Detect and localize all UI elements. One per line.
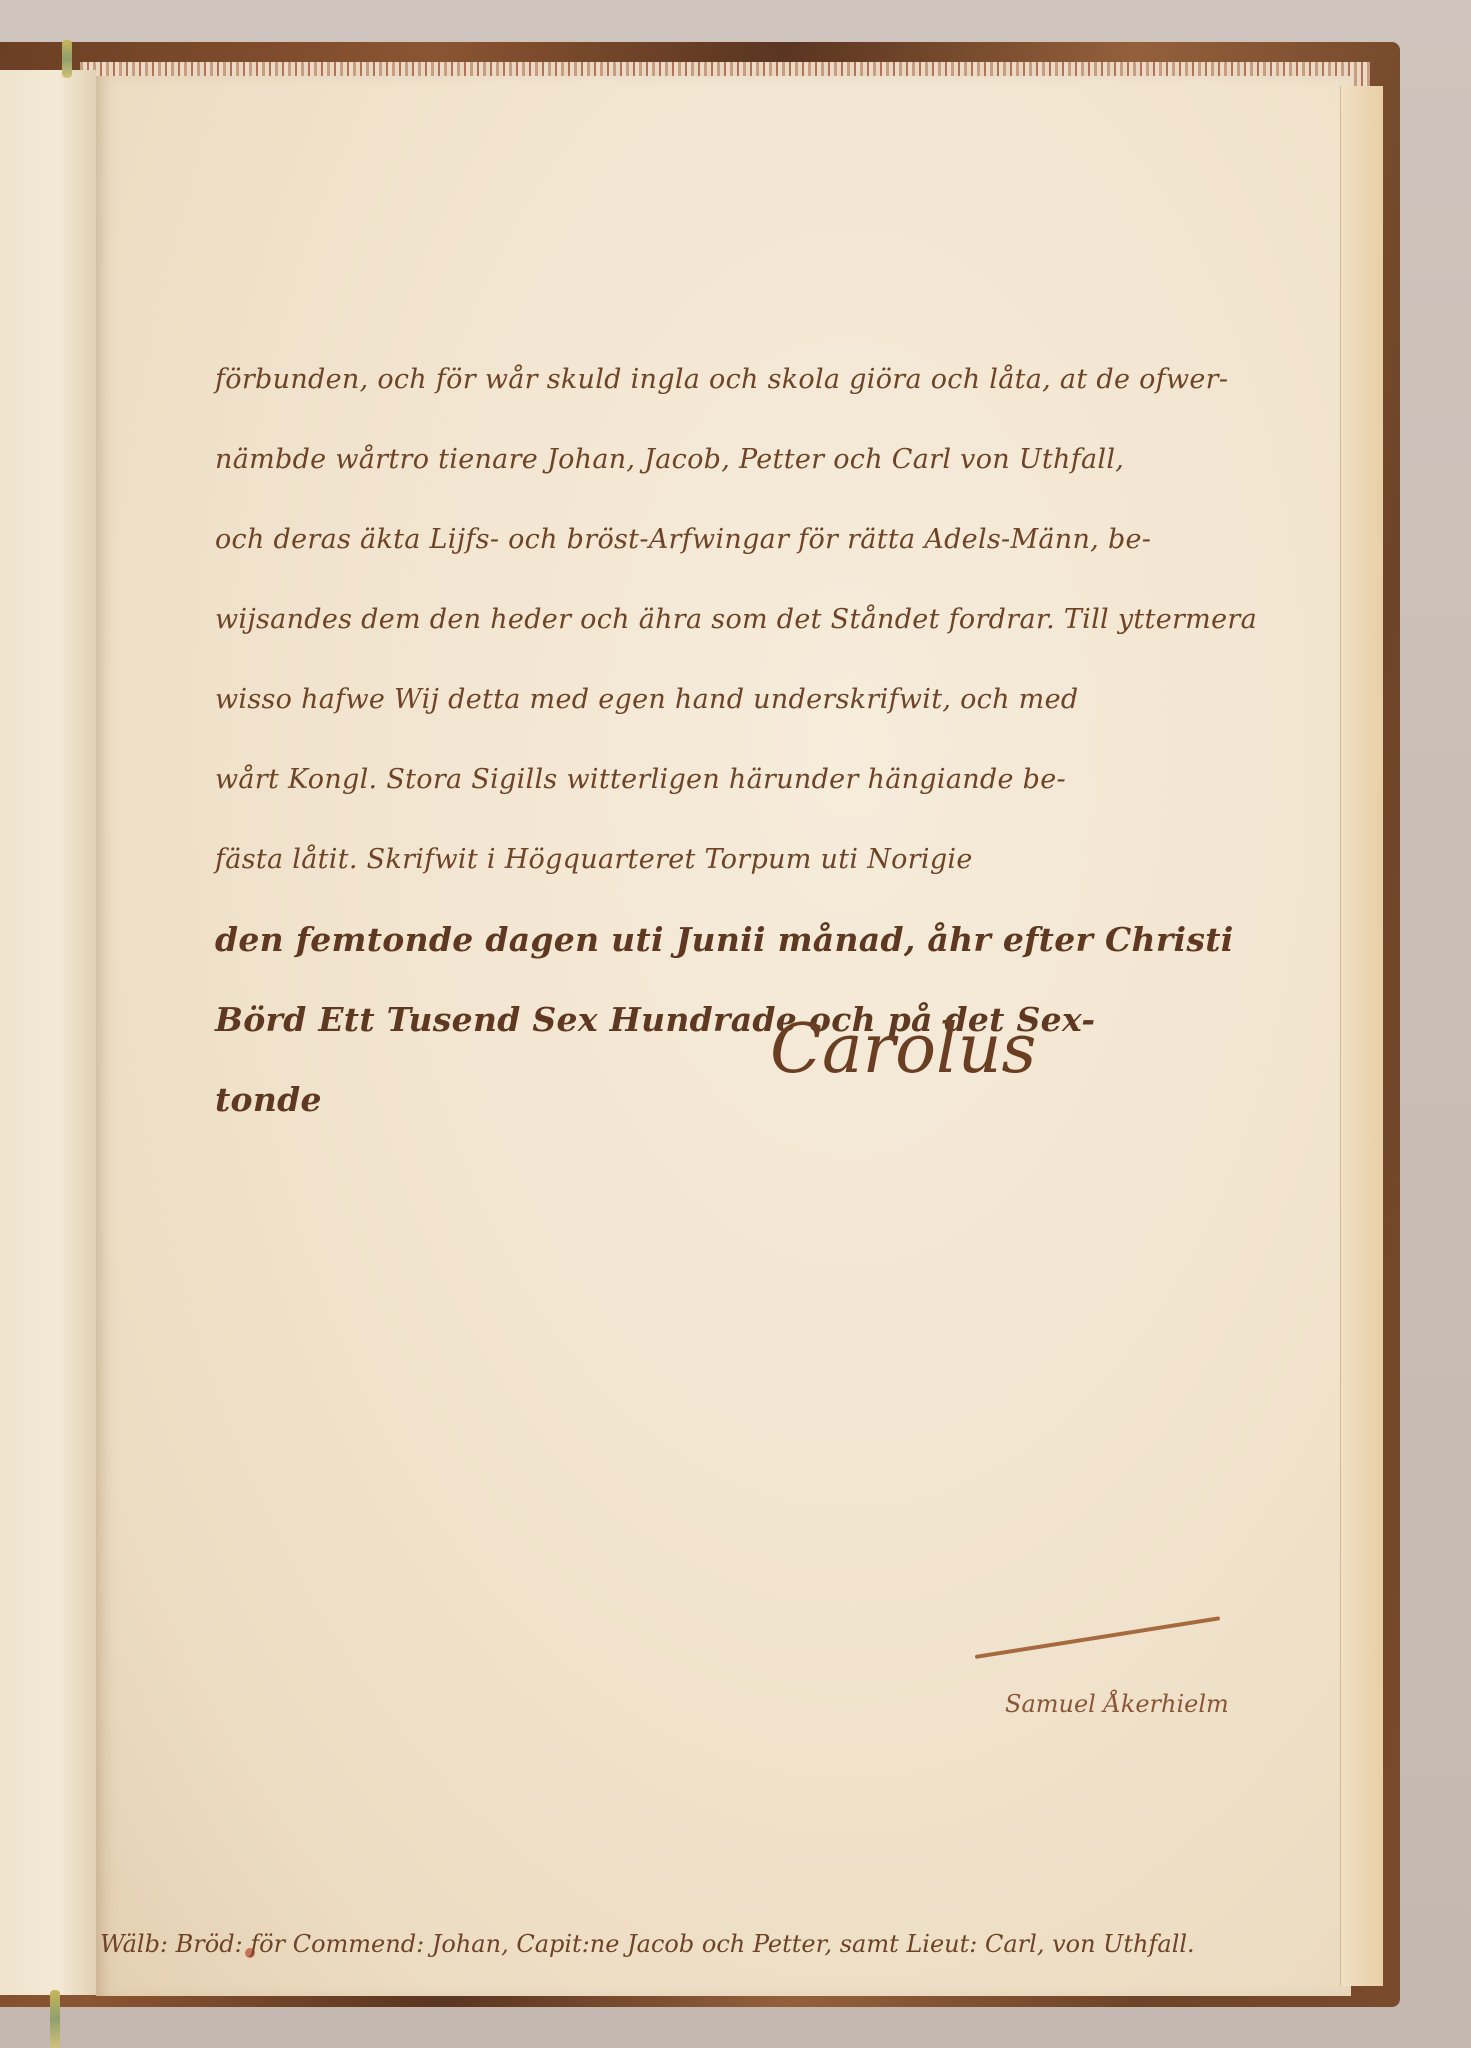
footer-note: Wälb: Bröd: för Commend: Johan, Capit:ne…	[100, 1930, 1195, 1958]
royal-signature: Carolus	[770, 1010, 1036, 1089]
text-line-8: den femtonde dagen uti Junii månad, åhr …	[215, 900, 1155, 980]
text-line-6: wårt Kongl. Stora Sigills witterligen hä…	[215, 740, 1155, 820]
bookmark-ribbon-bottom	[50, 1990, 60, 2048]
text-line-1: förbunden, och för wår skuld ingla och s…	[215, 340, 1155, 420]
text-line-3: och deras äkta Lijfs- och bröst-Arfwinga…	[215, 500, 1155, 580]
text-line-2: nämbde wårtro tienare Johan, Jacob, Pett…	[215, 420, 1155, 500]
text-line-5: wisso hafwe Wij detta med egen hand unde…	[215, 660, 1155, 740]
text-line-7: fästa låtit. Skrifwit i Högquarteret Tor…	[215, 820, 1155, 900]
text-line-4: wijsandes dem den heder och ähra som det…	[215, 580, 1155, 660]
countersignature: Samuel Åkerhielm	[1005, 1690, 1229, 1718]
bookmark-ribbon-top	[62, 40, 72, 78]
page-fore-edge	[1340, 86, 1383, 1986]
left-page	[0, 70, 96, 1995]
